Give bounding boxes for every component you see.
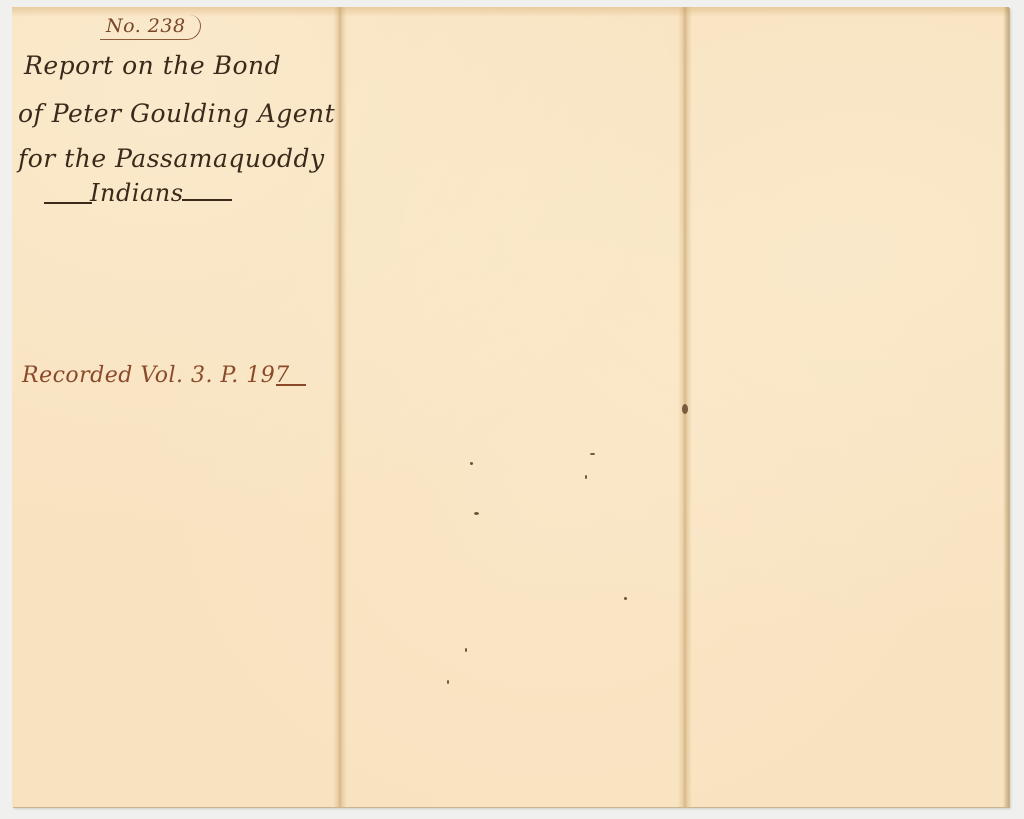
ink-speck [624,597,627,600]
scan-background: No. 238 Report on the Bond of Peter Goul… [0,0,1024,819]
left-panel: No. 238 Report on the Bond of Peter Goul… [12,7,340,807]
docket-number: No. 238 [100,15,201,40]
fold-line-left [333,7,347,807]
ink-speck [447,680,449,684]
docket-title-line-2: of Peter Goulding Agent [18,99,335,128]
flourish-rule-left [44,202,92,204]
docket-title-line-3: for the Passamaquoddy [18,144,325,173]
middle-panel [347,7,685,807]
docket-title-line-1: Report on the Bond [24,51,281,80]
manuscript-page: No. 238 Report on the Bond of Peter Goul… [12,7,1009,807]
ink-speck [465,648,467,652]
ink-blot [682,404,688,414]
flourish-rule-right [182,199,232,201]
recorded-flourish-rule [276,384,306,386]
docket-title-line-4: Indians [90,179,184,207]
ink-speck [590,453,595,455]
page-edge-shadow [1003,7,1009,807]
ink-speck [470,462,473,465]
ink-speck [585,475,587,479]
right-panel [692,7,1009,807]
recorded-note: Recorded Vol. 3. P. 197 [22,363,290,388]
ink-speck [474,512,479,515]
